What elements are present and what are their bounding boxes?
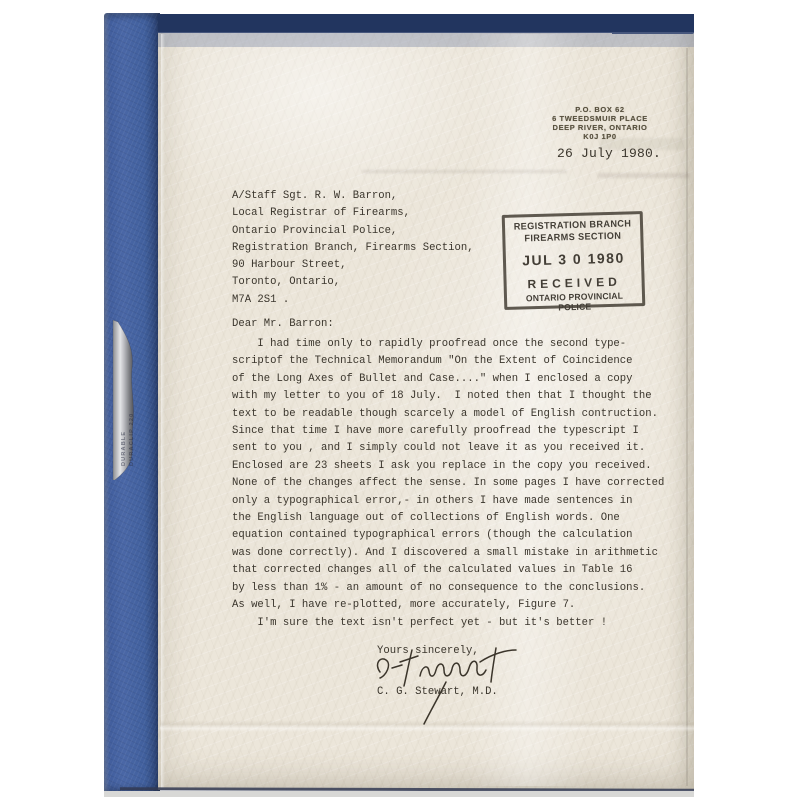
clip-model-text: DURACLIP 220 [129, 413, 135, 466]
stamp-organization: ONTARIO PROVINCIAL POLICE [509, 290, 640, 314]
sender-address-line: P.O. BOX 62 [520, 105, 680, 114]
recipient-address-line: 90 Harbour Street, [232, 257, 474, 274]
recipient-address-line: A/Staff Sgt. R. W. Barron, [232, 188, 474, 205]
body-line: None of the changes affect the sense. In… [232, 475, 664, 492]
photo-of-letter-in-folder: DURABLE DURACLIP 220 P.O. BOX 626 TWEEDS… [0, 0, 800, 800]
sender-address-line: DEEP RIVER, ONTARIO [520, 123, 680, 132]
stamp-received-label: RECEIVED [506, 274, 641, 292]
plastic-left-seam [161, 34, 165, 788]
body-line: text to be readable though scarcely a mo… [232, 406, 664, 423]
sender-address-line: K0J 1P0 [520, 132, 680, 141]
body-line: was done correctly). And I discovered a … [232, 545, 664, 562]
body-line: As well, I have re-plotted, more accurat… [232, 597, 664, 614]
paper-right-edge [686, 48, 688, 786]
body-line: equation contained typographical errors … [232, 527, 664, 544]
received-stamp: REGISTRATION BRANCH FIREARMS SECTION JUL… [502, 211, 646, 310]
recipient-address-line: Local Registrar of Firearms, [232, 205, 474, 222]
body-line: I'm sure the text isn't perfect yet - bu… [232, 615, 664, 632]
salutation: Dear Mr. Barron: [232, 318, 334, 330]
folder-metal-clip: DURABLE DURACLIP 220 [110, 320, 136, 480]
body-line: only a typographical error,- in others I… [232, 493, 664, 510]
smudge-mark [362, 170, 567, 173]
smudge-mark [598, 173, 690, 178]
recipient-address-line: M7A 2S1 . [232, 292, 474, 309]
body-line: I had time only to rapidly proofread onc… [232, 336, 664, 353]
recipient-address-line: Toronto, Ontario, [232, 274, 474, 291]
body-line: that corrected changes all of the calcul… [232, 562, 664, 579]
body-line: sent to you , and I simply could not lea… [232, 440, 664, 457]
recipient-address-line: Ontario Provincial Police, [232, 223, 474, 240]
body-line: scriptof the Technical Memorandum "On th… [232, 353, 664, 370]
clip-brand-text: DURABLE [121, 431, 127, 466]
folder-bottom-shadow [104, 791, 694, 797]
letter-body: I had time only to rapidly proofread onc… [232, 336, 664, 632]
letter-date: 26 July 1980. [557, 146, 661, 161]
body-line: of the Long Axes of Bullet and Case...."… [232, 371, 664, 388]
plastic-cover-edge [158, 32, 694, 47]
sender-address: P.O. BOX 626 TWEEDSMUIR PLACEDEEP RIVER,… [520, 105, 680, 141]
stamp-section-line: FIREARMS SECTION [508, 230, 638, 245]
body-line: the English language out of collections … [232, 510, 664, 527]
body-line: Since that time I have more carefully pr… [232, 423, 664, 440]
body-line: with my letter to you of 18 July. I note… [232, 388, 664, 405]
sender-address-line: 6 TWEEDSMUIR PLACE [520, 114, 680, 123]
recipient-address-line: Registration Branch, Firearms Section, [232, 240, 474, 257]
body-line: by less than 1% - an amount of no conseq… [232, 580, 664, 597]
handwritten-signature [368, 642, 518, 727]
folder-top-edge-right [612, 14, 694, 34]
recipient-address: A/Staff Sgt. R. W. Barron,Local Registra… [232, 188, 474, 309]
stamp-date: JUL 3 0 1980 [506, 249, 641, 269]
body-line: Enclosed are 23 sheets I ask you replace… [232, 458, 664, 475]
signed-name: C. G. Stewart, M.D. [377, 686, 498, 698]
